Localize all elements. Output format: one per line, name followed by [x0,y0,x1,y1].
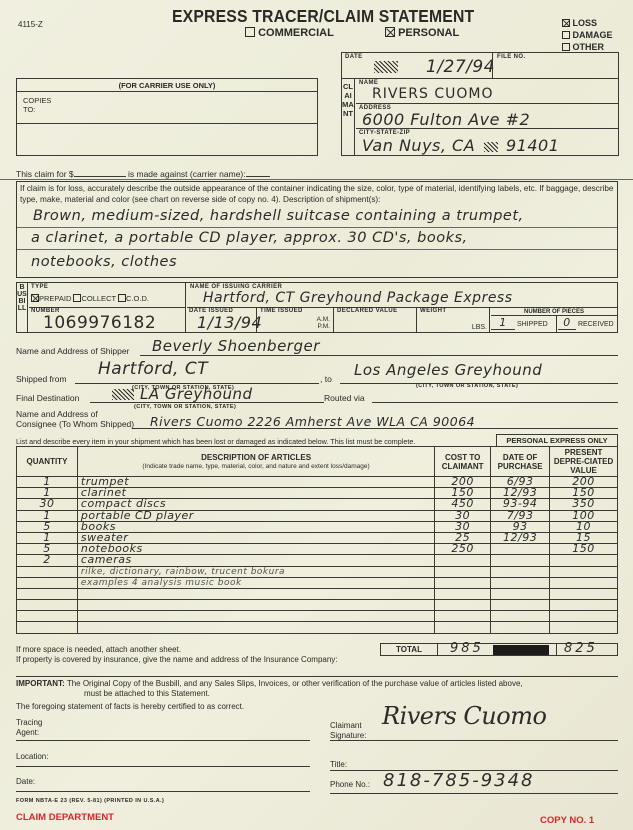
item-cost[interactable] [435,577,491,588]
item-purchase-date[interactable] [491,588,550,599]
item-quantity[interactable] [17,611,78,622]
item-purchase-date[interactable] [491,566,550,577]
received-count-field[interactable]: 0 [558,316,576,330]
shipper-field[interactable]: Beverly Shoenberger [152,337,320,355]
scribble-mark [484,142,498,152]
item-description[interactable]: portable CD player [77,510,434,521]
damage-label: DAMAGE [573,30,613,40]
am-pm-labels: A.M.P.M. [317,316,330,330]
other-label: OTHER [573,42,605,52]
final-destination-label: Final Destination [16,393,79,403]
busbill-number-field[interactable]: 1069976182 [43,313,156,333]
item-depreciated-value[interactable] [550,566,618,577]
important-text-2: must be attached to this Statement. [84,689,210,698]
items-table: QUANTITY DESCRIPTION OF ARTICLES(Indicat… [16,446,618,634]
col-cost: COST TO CLAIMANT [435,447,491,477]
shipment-line-2[interactable]: a clarinet, a portable CD player, approx… [31,230,468,246]
item-depreciated-value[interactable] [550,577,618,588]
checkbox-damage[interactable]: DAMAGE [562,29,613,41]
item-description[interactable]: rilke, dictionary, rainbow, trucent boku… [77,566,434,577]
claim-amount-line: This claim for $ is made against (carrie… [16,169,270,179]
declared-value-label: DECLARED VALUE [337,308,398,314]
file-no-label: FILE NO. [497,54,526,60]
received-label: RECEIVED [578,321,614,328]
shipped-from-field[interactable]: Hartford, CT [98,359,208,379]
copy-number-label: COPY NO. 1 [540,815,594,826]
checkbox-personal[interactable]: PERSONAL [385,27,459,39]
item-quantity[interactable] [17,588,78,599]
item-quantity[interactable] [17,622,78,633]
checkbox-commercial-box[interactable] [245,27,255,37]
col-description-title: DESCRIPTION OF ARTICLES [201,453,311,462]
item-cost[interactable] [435,588,491,599]
item-row: rilke, dictionary, rainbow, trucent boku… [17,566,618,577]
important-note: IMPORTANT: The Original Copy of the Busb… [16,679,523,689]
signature-field[interactable]: Rivers Cuomo [382,702,546,730]
scribble-mark [374,61,398,73]
busbill-type-options: PREPAID COLLECT C.O.D. [31,294,149,303]
checkbox-other-box[interactable] [562,43,570,51]
shipper-label: Name and Address of Shipper [16,346,129,356]
checkbox-prepaid[interactable]: PREPAID [31,294,71,303]
claim-form-page: 4115-Z EXPRESS TRACER/CLAIM STATEMENT CO… [0,0,633,830]
shipment-line-3[interactable]: notebooks, clothes [31,254,177,270]
item-cost[interactable]: 250 [435,544,491,555]
cod-label: C.O.D. [126,294,149,303]
to-label: , to [320,374,332,384]
carrier-use-header: (FOR CARRIER USE ONLY) [17,79,317,92]
item-cost[interactable] [435,622,491,633]
checkbox-cod-box[interactable] [118,294,126,302]
pm-label: P.M. [317,323,330,330]
commercial-label: COMMERCIAL [258,27,334,39]
collect-label: COLLECT [81,294,115,303]
consignee-field[interactable]: Rivers Cuomo 2226 Amherst Ave WLA CA 900… [150,414,475,429]
item-depreciated-value[interactable] [550,611,618,622]
shipped-from-label: Shipped from [16,374,67,384]
shipment-line-1[interactable]: Brown, medium-sized, hardshell suitcase … [33,208,524,224]
item-cost[interactable] [435,555,491,566]
shipped-to-field[interactable]: Los Angeles Greyhound [354,361,542,379]
busbill-side-label: BUSBILL [17,283,28,332]
item-purchase-date[interactable] [491,600,550,611]
city-state-field[interactable]: Van Nuys, CA [362,136,475,155]
claim-department-label: CLAIM DEPARTMENT [16,812,114,823]
checkbox-collect[interactable]: COLLECT [73,294,115,303]
pieces-received: 0 RECEIVED [558,316,617,332]
item-description[interactable]: trumpet [77,477,434,488]
copies-to-label: COPIES TO: [17,92,317,124]
checkbox-damage-box[interactable] [562,31,570,39]
important-label: IMPORTANT: [16,679,65,688]
items-notes: If more space is needed, attach another … [16,645,338,665]
prepaid-label: PREPAID [39,294,71,303]
checkbox-loss[interactable]: LOSS [562,17,613,29]
claimant-signature-label: Claimant Signature: [330,721,366,741]
total-row: 985 825 [437,643,618,656]
col-description-sub: (Indicate trade name, type, material, co… [80,462,432,471]
col-quantity: QUANTITY [17,447,78,477]
col-depreciated-value: PRESENT DEPRE-CIATED VALUE [550,447,618,477]
carrier-use-box: (FOR CARRIER USE ONLY) COPIES TO: [16,78,318,156]
col-description: DESCRIPTION OF ARTICLES(Indicate trade n… [77,447,434,477]
claimant-side-label: CLAIMANT [342,79,355,156]
item-quantity[interactable]: 2 [17,555,78,566]
item-description[interactable]: examples 4 analysis music book [77,577,434,588]
date-field[interactable]: 1/27/94 [426,57,495,77]
item-cost[interactable] [435,600,491,611]
item-description[interactable]: cameras [77,555,434,566]
tracing-agent-label: Tracing Agent: [16,718,42,738]
item-depreciated-value[interactable] [550,588,618,599]
col-purchase-date: DATE OF PURCHASE [491,447,550,477]
claimant-box: DATE 1/27/94 FILE NO. CLAIMANT NAME RIVE… [341,52,619,156]
form-number: FORM NBTA-E 23 (REV. 5-81) (PRINTED IN U… [16,798,164,804]
time-issued-label: TIME ISSUED [260,308,303,314]
shipped-label: SHIPPED [517,321,548,328]
carrier-name-field[interactable] [246,176,270,177]
final-destination-hint: (CITY, TOWN OR STATION, STATE) [134,404,236,410]
item-purchase-date[interactable] [491,577,550,588]
loss-label: LOSS [573,18,598,28]
form-code: 4115-Z [18,20,43,29]
item-purchase-date[interactable] [491,622,550,633]
shipped-count-field[interactable]: 1 [491,316,515,330]
phone-field[interactable]: 818-785-9348 [383,770,535,791]
checkbox-prepaid-box[interactable] [31,294,39,302]
type-label: TYPE [31,284,48,290]
busbill-box: BUSBILL TYPE PREPAID COLLECT C.O.D. NAME… [16,282,618,333]
item-depreciated-value[interactable] [550,600,618,611]
checkbox-commercial[interactable]: COMMERCIAL [245,27,334,39]
important-text-1: The Original Copy of the Busbill, and an… [67,679,523,688]
location-label: Location: [16,752,48,761]
items-header-row: QUANTITY DESCRIPTION OF ARTICLES(Indicat… [17,447,618,477]
pieces-shipped: 1 SHIPPED [491,316,557,332]
item-row [17,588,618,599]
personal-label: PERSONAL [398,27,459,39]
shipment-instructions: If claim is for loss, accurately describ… [17,182,617,206]
carrier-use-blank[interactable] [17,124,317,155]
item-purchase-date[interactable]: 12/93 [491,532,550,543]
pieces-label: NUMBER OF PIECES [491,308,617,316]
routed-via-label: Routed via [324,393,365,403]
item-row: examples 4 analysis music book [17,577,618,588]
item-description[interactable] [77,600,434,611]
item-cost[interactable] [435,566,491,577]
am-label: A.M. [317,316,330,323]
final-destination-field[interactable]: LA Greyhound [140,385,253,403]
item-description[interactable]: books [77,521,434,532]
scribble-mark [112,389,134,400]
shipped-to-hint: (CITY, TOWN OR STATION, STATE) [416,383,518,389]
redacted-mark [493,645,549,655]
address-field[interactable]: 6000 Fulton Ave #2 [362,110,530,129]
item-purchase-date[interactable] [491,544,550,555]
item-row [17,600,618,611]
consignee-label-line-1: Name and Address of [16,409,134,419]
claim-against-label: is made against (carrier name): [128,169,246,179]
item-quantity[interactable] [17,600,78,611]
name-field[interactable]: RIVERS CUOMO [372,86,493,102]
checkbox-personal-box[interactable] [385,27,395,37]
more-space-note: If more space is needed, attach another … [16,645,338,655]
consignee-label-line-2: Consignee (To Whom Shipped) [16,419,134,429]
claim-kind-group: LOSS DAMAGE OTHER [562,17,613,53]
total-cost-field[interactable]: 985 [450,641,484,656]
item-description[interactable] [77,611,434,622]
item-depreciated-value[interactable]: 150 [550,544,618,555]
claim-amount-prefix: This claim for $ [16,169,74,179]
lbs-label: LBS. [472,324,487,331]
claim-amount-field[interactable] [74,176,126,177]
form-title: EXPRESS TRACER/CLAIM STATEMENT [172,6,474,27]
item-purchase-date[interactable] [491,555,550,566]
item-row [17,622,618,633]
item-depreciated-value[interactable] [550,555,618,566]
item-row: 2cameras [17,555,618,566]
total-value-field[interactable]: 825 [564,641,598,656]
phone-label: Phone No.: [330,780,370,789]
item-row [17,611,618,622]
weight-label: WEIGHT [420,308,446,314]
item-description[interactable] [77,622,434,633]
checkbox-loss-box[interactable] [562,19,570,27]
insurance-note: If property is covered by insurance, giv… [16,655,338,665]
item-depreciated-value[interactable] [550,622,618,633]
item-quantity[interactable] [17,577,78,588]
shipment-description-box: If claim is for loss, accurately describ… [16,181,618,278]
date-label: DATE [345,54,363,60]
certify-text: The foregoing statement of facts is here… [16,702,244,711]
date-footer-label: Date: [16,777,35,786]
checkbox-cod[interactable]: C.O.D. [118,294,149,303]
items-intro: List and describe every item in your shi… [16,437,415,446]
checkbox-collect-box[interactable] [73,294,81,302]
total-label: TOTAL [380,643,438,656]
item-quantity[interactable] [17,566,78,577]
title-label: Title: [330,760,347,769]
item-cost[interactable] [435,611,491,622]
issuing-carrier-field[interactable]: Hartford, CT Greyhound Package Express [203,290,513,306]
item-description[interactable] [77,588,434,599]
item-purchase-date[interactable] [491,611,550,622]
consignee-label: Name and Address of Consignee (To Whom S… [16,409,134,429]
date-issued-field[interactable]: 1/13/94 [197,313,262,332]
zip-field[interactable]: 91401 [506,136,559,155]
